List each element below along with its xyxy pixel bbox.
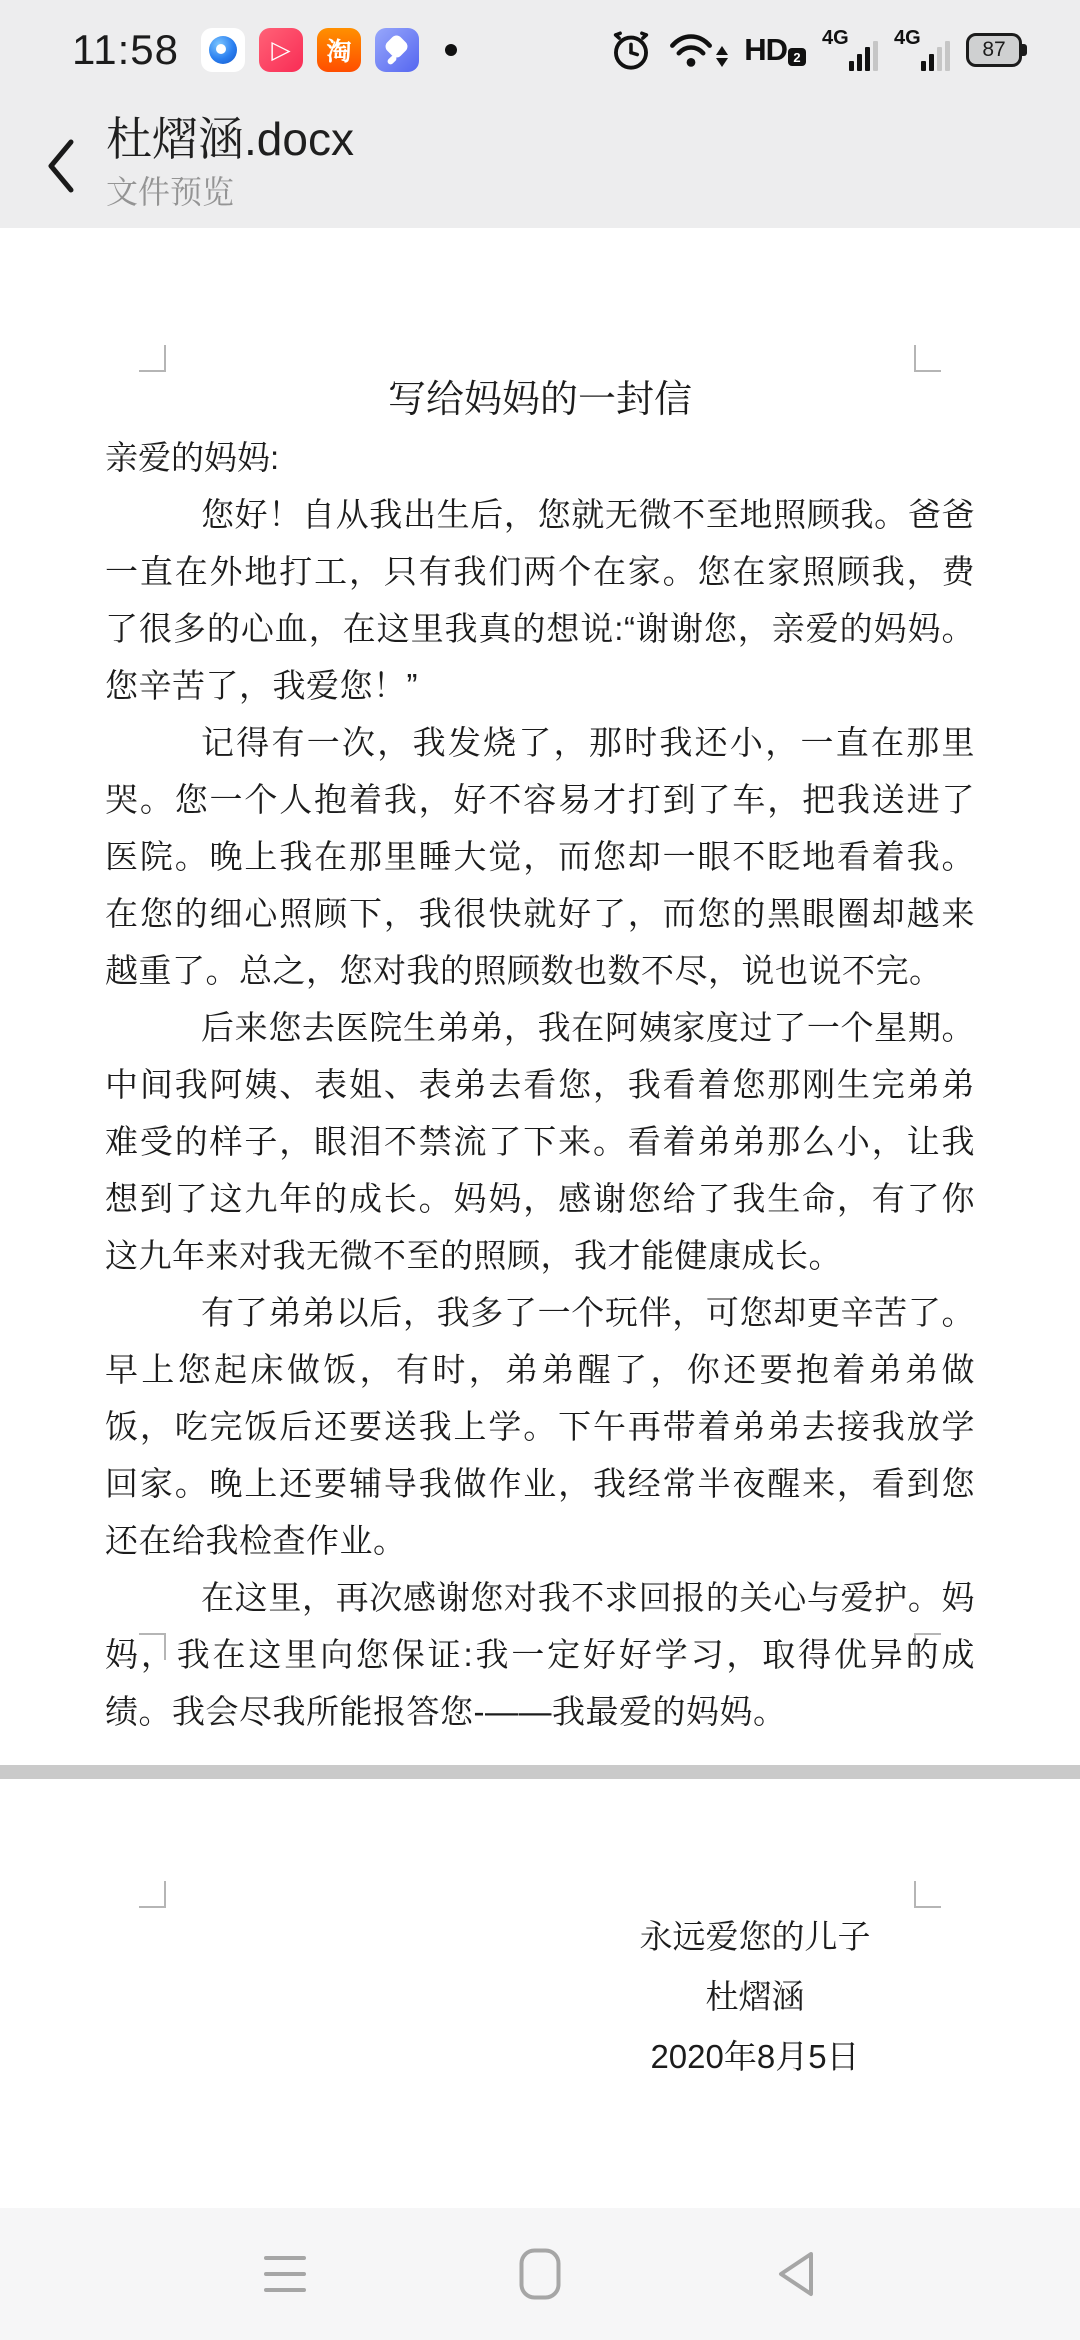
letter-paragraph: 在这里，再次感谢您对我不求回报的关心与爱护。妈妈，我在这里向您保证:我一定好好学… — [105, 1569, 975, 1740]
taobao-notification-icon: 淘 — [317, 28, 361, 72]
battery-icon: 87 — [966, 33, 1022, 67]
triangle-left-icon — [773, 2248, 817, 2300]
browser-dot-icon — [216, 44, 226, 54]
letter-salutation: 亲爱的妈妈: — [105, 429, 975, 486]
wifi-traffic-arrows-icon — [716, 46, 728, 67]
signature-line: 永远爱您的儿子 — [530, 1907, 980, 1967]
sim1-signal-icon: 4G — [822, 27, 878, 73]
file-name-title: 杜熠涵.docx — [106, 108, 354, 170]
system-nav-bar — [0, 2208, 1080, 2340]
volte-hd-icon: HD 2 — [744, 32, 806, 68]
video-app-notification-icon: ▷ — [259, 28, 303, 72]
status-bar: 11:58 ▷ 淘 — [0, 0, 1080, 100]
letter-paragraph: 后来您去医院生弟弟，我在阿姨家度过了一个星期。中间我阿姨、表姐、表弟去看您，我看… — [105, 999, 975, 1284]
alarm-clock-icon — [610, 27, 652, 73]
page-corner-mark — [914, 1881, 941, 1908]
document-page-1: 写给妈妈的一封信 亲爱的妈妈: 您好！自从我出生后，您就无微不至地照顾我。爸爸一… — [0, 228, 1080, 1765]
paddle-blade-icon — [383, 33, 410, 60]
letter-paragraph: 有了弟弟以后，我多了一个玩伴，可您却更辛苦了。早上您起床做饭，有时，弟弟醒了，你… — [105, 1284, 975, 1569]
document-preview-scroll[interactable]: 写给妈妈的一封信 亲爱的妈妈: 您好！自从我出生后，您就无微不至地照顾我。爸爸一… — [0, 228, 1080, 2208]
status-bar-left: 11:58 ▷ 淘 — [72, 26, 457, 74]
recents-button[interactable] — [240, 2229, 330, 2319]
wifi-icon — [668, 30, 728, 70]
signature-date: 2020年8月5日 — [530, 2027, 980, 2087]
chevron-left-icon — [43, 136, 77, 196]
taobao-glyph-icon: 淘 — [326, 32, 351, 68]
page-corner-mark — [139, 1881, 166, 1908]
paddle-stem-icon — [386, 54, 397, 65]
battery-percent: 87 — [982, 38, 1005, 62]
page-divider — [0, 1765, 1080, 1779]
page-corner-mark — [139, 345, 166, 372]
phone-screen: 11:58 ▷ 淘 — [0, 0, 1080, 2340]
letter-signature: 永远爱您的儿子 杜熠涵 2020年8月5日 — [530, 1907, 980, 2087]
sim2-network-label: 4G — [894, 27, 921, 50]
app-header: 杜熠涵.docx 文件预览 — [0, 100, 1080, 228]
browser-notification-icon — [201, 28, 245, 72]
play-arrow-icon: ▷ — [271, 35, 290, 65]
file-preview-subtitle: 文件预览 — [106, 170, 354, 214]
hd-label: HD — [744, 32, 787, 68]
notification-dot-icon — [445, 44, 457, 56]
home-pill-icon — [519, 2248, 561, 2300]
sim2-signal-icon: 4G — [894, 27, 950, 73]
letter-body: 写给妈妈的一封信 亲爱的妈妈: 您好！自从我出生后，您就无微不至地照顾我。爸爸一… — [105, 372, 975, 1740]
letter-paragraph: 您好！自从我出生后，您就无微不至地照顾我。爸爸一直在外地打工，只有我们两个在家。… — [105, 486, 975, 714]
hd-badge: 2 — [788, 48, 806, 66]
page-corner-mark — [914, 345, 941, 372]
header-titles: 杜熠涵.docx 文件预览 — [106, 108, 354, 214]
clock-time: 11:58 — [72, 26, 179, 74]
document-page-2: 永远爱您的儿子 杜熠涵 2020年8月5日 — [0, 1779, 1080, 2208]
menu-lines-icon — [263, 2252, 307, 2296]
sim1-network-label: 4G — [822, 27, 849, 50]
nav-back-button[interactable] — [750, 2229, 840, 2319]
signature-name: 杜熠涵 — [530, 1967, 980, 2027]
letter-paragraph: 记得有一次，我发烧了，那时我还小，一直在那里哭。您一个人抱着我，好不容易才打到了… — [105, 714, 975, 999]
back-button[interactable] — [28, 126, 92, 206]
letter-title: 写给妈妈的一封信 — [105, 372, 975, 429]
paddle-app-notification-icon — [375, 28, 419, 72]
status-bar-right: HD 2 4G 4G 87 — [610, 27, 1022, 73]
home-button[interactable] — [495, 2229, 585, 2319]
